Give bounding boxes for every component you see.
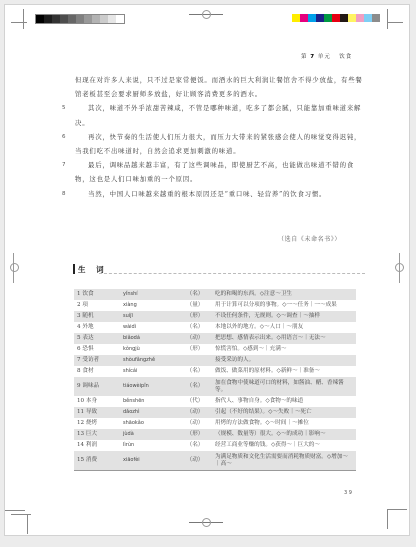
crop-mark-top-right [387,9,388,29]
gray-swatch [116,15,124,23]
color-swatch [340,14,348,22]
vocab-index-word: 9 调味品 [74,377,120,396]
paragraph-text: 当然，中国人口味越来越重的根本原因还是“重口味、轻营养”的饮食习惯。 [88,190,326,198]
vocab-part-of-speech: （动） [178,407,212,418]
vocab-index: 8 [77,368,81,374]
gray-swatch [60,15,68,23]
vocab-index: 3 [77,313,81,319]
crop-mark-bottom-right [387,509,388,529]
paragraph-number: 6 [62,130,66,144]
registration-circle-icon [395,263,404,272]
vocabulary-table: 1 饮食yǐnshí（名）吃的和喝的东西。◇注意～卫生2 项xiàng（量）用于… [74,289,356,471]
vocab-index-word: 6 恐惧 [74,344,120,355]
paragraph-text: 其次，味道不外乎浓甜苦辣咸，不管是哪种味道，吃多了都会腻，只能靠加重味道来解决。 [75,104,361,126]
source-citation: （选自《未命名书》） [278,234,341,243]
vocab-pinyin: shòufǎngzhě [120,355,178,366]
color-swatch [308,14,316,22]
vocabulary-row: 1 饮食yǐnshí（名）吃的和喝的东西。◇注意～卫生 [74,289,356,300]
vocab-part-of-speech [178,355,212,366]
color-swatch [372,14,380,22]
unit-label: 单元 [318,54,331,60]
paragraph-text: 但现在对许多人来说，只不过是家常便饭。而酒水的巨大利润让餐馆舍不得少放盐，有些餐… [75,76,363,98]
vocabulary-row: 3 随机suíjī（形）不设任何条件，无规则。◇～调查｜～抽样 [74,311,356,322]
crop-mark-bottom-left [27,514,28,534]
vocab-word: 利润 [86,442,97,448]
vocab-pinyin: shāokǎo [120,418,178,429]
vocab-pinyin: wàidì [120,322,178,333]
vocab-definition: 加在食物中使味道可口的材料，如酱油、醋、香辣酱等。 [212,377,356,396]
vocab-word: 消费 [86,457,97,463]
vocab-word: 随机 [82,313,93,319]
vocabulary-row: 10 本身běnshēn（代）指代人、事物自身。◇食物～的味道 [74,396,356,407]
paragraph-number: 8 [62,187,66,201]
crop-mark-top-left [23,9,24,29]
vocab-part-of-speech: （名） [178,322,212,333]
article-body: 但现在对许多人来说，只不过是家常便饭。而酒水的巨大利润让餐馆舍不得少放盐，有些餐… [75,73,365,201]
page-number: 3 9 [344,490,352,496]
vocab-index: 6 [77,346,81,352]
paragraph: 6 再次，快节奏的生活使人们压力很大，而压力大带来的紧张感会使人的味觉变得迟钝，… [75,130,365,158]
vocabulary-row: 4 外地wàidì（名）本地以外的地方。◇～人口｜～朋友 [74,322,356,333]
gray-swatch [84,15,92,23]
vocab-part-of-speech: （名） [178,366,212,377]
crop-mark-bottom-left [5,510,25,511]
vocab-word: 项 [82,302,88,308]
vocab-word: 巨大 [86,431,97,437]
vocab-definition: 本地以外的地方。◇～人口｜～朋友 [212,322,356,333]
vocab-part-of-speech: （代） [178,396,212,407]
vocab-index: 11 [77,409,84,415]
color-swatch [324,14,332,22]
color-swatch [348,14,356,22]
vocab-index: 13 [77,431,84,437]
paragraph-number: 5 [62,101,66,115]
vocab-word: 导致 [86,409,97,415]
vocabulary-row: 14 利润lìrùn（名）经营工商业等赚的钱。◇获得～｜巨大的～ [74,440,356,451]
vocabulary-section-header: 生 词 [73,263,365,275]
vocab-index-word: 7 受访者 [74,355,120,366]
vocab-index-word: 5 表达 [74,333,120,344]
vocab-part-of-speech: （名） [178,289,212,300]
vocabulary-row: 12 烧烤shāokǎo（动）用烤的方法做食物。◇～时间｜～摊位 [74,418,356,429]
crop-mark-bottom-left [11,514,31,515]
grayscale-calibration-bar [35,14,125,24]
vocabulary-row: 6 恐惧kǒngjù（形）惊慌害怕。◇感到～｜充满～ [74,344,356,355]
vocab-definition: 用烤的方法做食物。◇～时间｜～摊位 [212,418,356,429]
vocab-index: 10 [77,398,84,404]
gray-swatch [68,15,76,23]
vocab-word: 调味品 [82,383,99,389]
vocab-pinyin: yǐnshí [120,289,178,300]
vocab-pinyin: biǎodá [120,333,178,344]
vocab-pinyin: kǒngjù [120,344,178,355]
vocab-definition: 接受采访的人。 [212,355,356,366]
registration-circle-icon [202,10,211,19]
vocabulary-row: 5 表达biǎodá（动）把思想、感情表示出来。◇用语言～｜无法～ [74,333,356,344]
gray-swatch [108,15,116,23]
vocab-index-word: 4 外地 [74,322,120,333]
vocab-definition: 用于计算可以分项的事物。◇一～任务｜一～成果 [212,300,356,311]
vocab-index-word: 13 巨大 [74,429,120,440]
vocab-pinyin: xiàng [120,300,178,311]
color-swatch [316,14,324,22]
dotted-divider [99,273,365,274]
vocab-word: 受访者 [82,357,99,363]
vocabulary-row: 15 消费xiāofèi（动）为满足物质和文化生活需要而消耗物质财富。◇增加～｜… [74,451,356,471]
running-head: 第 7 单元 饮食 [301,52,352,60]
vocab-index-word: 3 随机 [74,311,120,322]
vocab-part-of-speech: （动） [178,451,212,471]
vocab-index-word: 2 项 [74,300,120,311]
vocab-pinyin: suíjī [120,311,178,322]
gray-swatch [52,15,60,23]
vocab-definition: 经营工商业等赚的钱。◇获得～｜巨大的～ [212,440,356,451]
paragraph: 但现在对许多人来说，只不过是家常便饭。而酒水的巨大利润让餐馆舍不得少放盐，有些餐… [75,73,365,101]
crop-mark-top-right [387,22,403,23]
paragraph: 7 最后，调味品越来越丰富，有了这些调味品，即使厨艺不高，也能做出味道不错的食物… [75,158,365,186]
vocab-pinyin: tiáowèipǐn [120,377,178,396]
vocab-word: 恐惧 [82,346,93,352]
vocab-index: 2 [77,302,81,308]
crop-mark-top-left [11,22,27,23]
vocab-definition: 指代人、事物自身。◇食物～的味道 [212,396,356,407]
running-head-prefix: 第 [301,54,308,60]
paragraph-number: 7 [62,158,66,172]
vocab-index-word: 11 导致 [74,407,120,418]
vocab-pinyin: dǎozhì [120,407,178,418]
vocab-definition: 把思想、感情表示出来。◇用语言～｜无法～ [212,333,356,344]
vocab-pinyin: lìrùn [120,440,178,451]
vocab-pinyin: běnshēn [120,396,178,407]
color-swatch [332,14,340,22]
gray-swatch [36,15,44,23]
vocab-definition: 不设任何条件，无规则。◇～调查｜～抽样 [212,311,356,322]
vocab-definition: 吃的和喝的东西。◇注意～卫生 [212,289,356,300]
vocab-index: 15 [77,457,84,463]
document-page: 第 7 单元 饮食 但现在对许多人来说，只不过是家常便饭。而酒水的巨大利润让餐馆… [4,4,410,536]
paragraph: 5 其次，味道不外乎浓甜苦辣咸，不管是哪种味道，吃多了都会腻，只能靠加重味道来解… [75,101,365,129]
vocab-index-word: 14 利润 [74,440,120,451]
vocab-index: 4 [77,324,81,330]
vocabulary-row: 9 调味品tiáowèipǐn（名）加在食物中使味道可口的材料，如酱油、醋、香辣… [74,377,356,396]
vocab-index-word: 10 本身 [74,396,120,407]
vocab-part-of-speech: （动） [178,418,212,429]
vocab-definition: 引起（不好的结果）。◇～失败｜～死亡 [212,407,356,418]
vocab-definition: 惊慌害怕。◇感到～｜充满～ [212,344,356,355]
vocab-word: 外地 [82,324,93,330]
unit-title: 饮食 [339,54,352,60]
vocab-word: 烧烤 [86,420,97,426]
vocab-definition: 为满足物质和文化生活需要而消耗物质财富。◇增加～｜高～ [212,451,356,471]
vocab-part-of-speech: （形） [178,344,212,355]
vocab-part-of-speech: （形） [178,429,212,440]
vocab-word: 本身 [86,398,97,404]
vocab-index-word: 15 消费 [74,451,120,471]
vocab-index-word: 12 烧烤 [74,418,120,429]
gray-swatch [92,15,100,23]
vocab-definition: 做饭、做菜用的原材料。◇新鲜～｜准备～ [212,366,356,377]
vocab-pinyin: xiāofèi [120,451,178,471]
vocab-index-word: 1 饮食 [74,289,120,300]
color-calibration-bar [292,14,380,22]
vocab-word: 食材 [82,368,93,374]
vocab-part-of-speech: （形） [178,311,212,322]
crop-mark-bottom-right [387,509,407,510]
vocab-index: 1 [77,291,81,297]
vocab-pinyin: jùdà [120,429,178,440]
vocabulary-row: 2 项xiàng（量）用于计算可以分项的事物。◇一～任务｜一～成果 [74,300,356,311]
vocab-definition: （规模、数量等）很大。◇～的成功｜影响～ [212,429,356,440]
vocab-index: 9 [77,383,81,389]
vocab-word: 表达 [82,335,93,341]
gray-swatch [76,15,84,23]
vocab-index-word: 8 食材 [74,366,120,377]
color-swatch [356,14,364,22]
paragraph-text: 最后，调味品越来越丰富，有了这些调味品，即使厨艺不高，也能做出味道不错的食物，这… [75,161,354,183]
vocab-pinyin: shícái [120,366,178,377]
section-marker-bar [73,264,75,274]
registration-circle-icon [10,263,19,272]
color-swatch [300,14,308,22]
vocab-part-of-speech: （量） [178,300,212,311]
vocab-index: 12 [77,420,84,426]
vocab-word: 饮食 [82,291,93,297]
gray-swatch [44,15,52,23]
vocab-index: 5 [77,335,81,341]
vocab-index: 7 [77,357,81,363]
vocab-part-of-speech: （名） [178,377,212,396]
color-swatch [292,14,300,22]
unit-number: 7 [310,54,315,60]
color-swatch [364,14,372,22]
vocab-part-of-speech: （动） [178,333,212,344]
vocabulary-row: 8 食材shícái（名）做饭、做菜用的原材料。◇新鲜～｜准备～ [74,366,356,377]
paragraph: 8 当然，中国人口味越来越重的根本原因还是“重口味、轻营养”的饮食习惯。 [75,187,365,201]
vocabulary-row: 7 受访者shòufǎngzhě接受采访的人。 [74,355,356,366]
vocabulary-row: 11 导致dǎozhì（动）引起（不好的结果）。◇～失败｜～死亡 [74,407,356,418]
registration-circle-icon [202,518,211,527]
vocab-part-of-speech: （名） [178,440,212,451]
vocab-index: 14 [77,442,84,448]
gray-swatch [100,15,108,23]
vocabulary-row: 13 巨大jùdà（形）（规模、数量等）很大。◇～的成功｜影响～ [74,429,356,440]
paragraph-text: 再次，快节奏的生活使人们压力很大，而压力大带来的紧张感会使人的味觉变得迟钝，当我… [75,133,361,155]
